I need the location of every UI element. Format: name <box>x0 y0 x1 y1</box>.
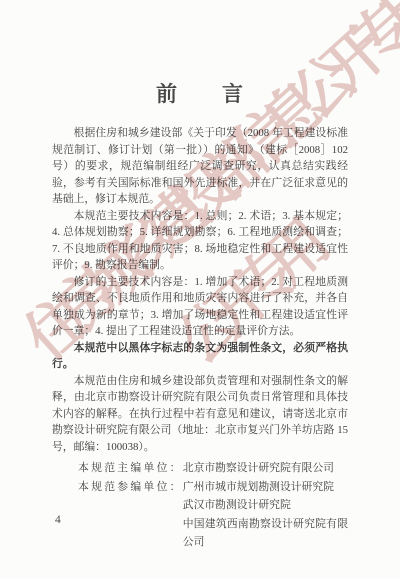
paragraph: 本规范主要技术内容是：1. 总则；2. 术语；3. 基本规定；4. 总体规划勘察… <box>52 208 348 274</box>
editing-units-block: 本规范主编单位： 北京市勘察设计研究院有限公司 本规范参编单位： 广州市城市规划… <box>52 459 348 552</box>
participating-units-list: 广州市城市规划勘测设计研究院 武汉市勘测设计研究院 中国建筑西南勘察设计研究院有… <box>183 478 348 552</box>
paragraph: 根据住房和城乡建设部《关于印发（2008 年工程建设标准规范制订、修订计划（第一… <box>52 125 348 208</box>
scanned-document-page: 前 言 根据住房和城乡建设部《关于印发（2008 年工程建设标准规范制订、修订计… <box>0 0 400 579</box>
participating-units-row: 本规范参编单位： 广州市城市规划勘测设计研究院 武汉市勘测设计研究院 中国建筑西… <box>52 478 348 552</box>
paragraph: 本规范由住房和城乡建设部负责管理和对强制性条文的解释，由北京市勘察设计研究院有限… <box>52 373 348 456</box>
page-number: 4 <box>55 514 61 526</box>
page-content: 前 言 根据住房和城乡建设部《关于印发（2008 年工程建设标准规范制订、修订计… <box>52 78 348 552</box>
page-title: 前 言 <box>52 78 348 108</box>
participating-unit: 广州市城市规划勘测设计研究院 <box>183 478 348 497</box>
chief-editing-unit-label: 本规范主编单位： <box>78 459 183 478</box>
chief-editing-unit-row: 本规范主编单位： 北京市勘察设计研究院有限公司 <box>52 459 348 478</box>
participating-unit: 武汉市勘测设计研究院 <box>183 496 348 515</box>
paragraph-mandatory-clause: 本规范中以黑体字标志的条文为强制性条文，必须严格执行。 <box>52 340 348 373</box>
paragraph: 修订的主要技术内容是：1. 增加了术语；2. 对工程地质测绘和调查、不良地质作用… <box>52 274 348 340</box>
body-text: 根据住房和城乡建设部《关于印发（2008 年工程建设标准规范制订、修订计划（第一… <box>52 125 348 455</box>
participating-units-label: 本规范参编单位： <box>78 478 183 552</box>
chief-editing-unit-value: 北京市勘察设计研究院有限公司 <box>183 459 348 478</box>
participating-unit: 中国建筑西南勘察设计研究院有限公司 <box>183 515 348 552</box>
